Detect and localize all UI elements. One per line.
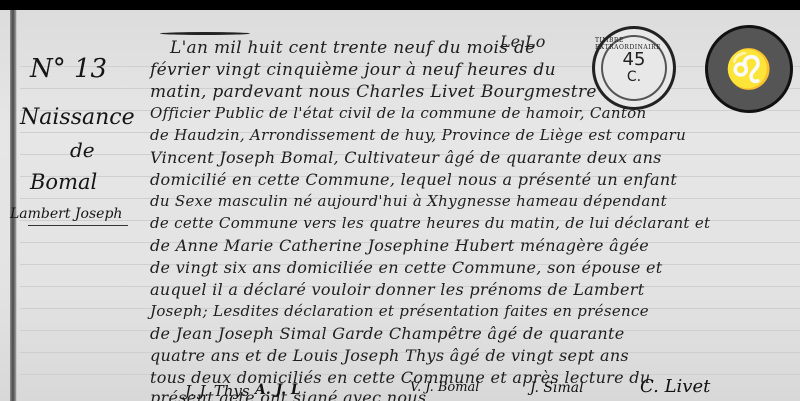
opening-flourish	[160, 32, 250, 35]
signature-livet: C. Livet	[640, 376, 710, 397]
signature-thys: J. J. Thys	[185, 382, 250, 400]
fiscal-stamp-unit: C.	[627, 69, 641, 85]
body-line: du Sexe masculin né aujourd'hui à Xhygne…	[150, 192, 667, 210]
body-line: auquel il a déclaré vouloir donner les p…	[150, 280, 644, 299]
body-line: quatre ans et de Louis Joseph Thys âgé d…	[150, 346, 629, 365]
signature-ajl: A. J. L	[255, 382, 301, 398]
record-surname: Bomal	[30, 170, 97, 194]
fiscal-stamp-arc-text: TIMBRE EXTRAORDINAIRE	[595, 37, 673, 51]
signature-bomal: V. J. Bomal	[410, 380, 479, 395]
fiscal-stamp-value: 45	[623, 51, 646, 69]
body-line: Vincent Joseph Bomal, Cultivateur âgé de…	[150, 148, 662, 167]
body-line: matin, pardevant nous Charles Livet Bour…	[150, 82, 597, 102]
body-line: Joseph; Lesdites déclaration et présenta…	[150, 302, 649, 320]
body-line: Officier Public de l'état civil de la co…	[150, 104, 646, 122]
fiscal-stamp: TIMBRE EXTRAORDINAIRE 45 C.	[592, 26, 676, 110]
document-page: Le Lo N° 13 Naissance de Bomal Lambert J…	[0, 10, 800, 401]
body-line: L'an mil huit cent trente neuf du mois d…	[170, 38, 536, 58]
body-line: domicilié en cette Commune, lequel nous …	[150, 170, 677, 189]
lion-seal: ♌	[705, 25, 793, 113]
body-line: de Jean Joseph Simal Garde Champêtre âgé…	[150, 324, 625, 343]
margin-underline	[28, 225, 128, 226]
signature-simal: J. Simal	[530, 380, 584, 396]
body-line: de cette Commune vers les quatre heures …	[150, 214, 710, 232]
record-preposition: de	[70, 138, 95, 162]
record-type: Naissance	[20, 105, 135, 130]
lion-icon: ♌	[725, 47, 772, 92]
body-line: février vingt cinquième jour à neuf heur…	[150, 60, 556, 80]
record-number: N° 13	[30, 54, 107, 84]
body-line: de Haudzin, Arrondissement de huy, Provi…	[150, 126, 686, 144]
body-line: de vingt six ans domiciliée en cette Com…	[150, 258, 663, 277]
record-given-names: Lambert Joseph	[10, 206, 122, 222]
body-line: de Anne Marie Catherine Josephine Hubert…	[150, 236, 649, 255]
